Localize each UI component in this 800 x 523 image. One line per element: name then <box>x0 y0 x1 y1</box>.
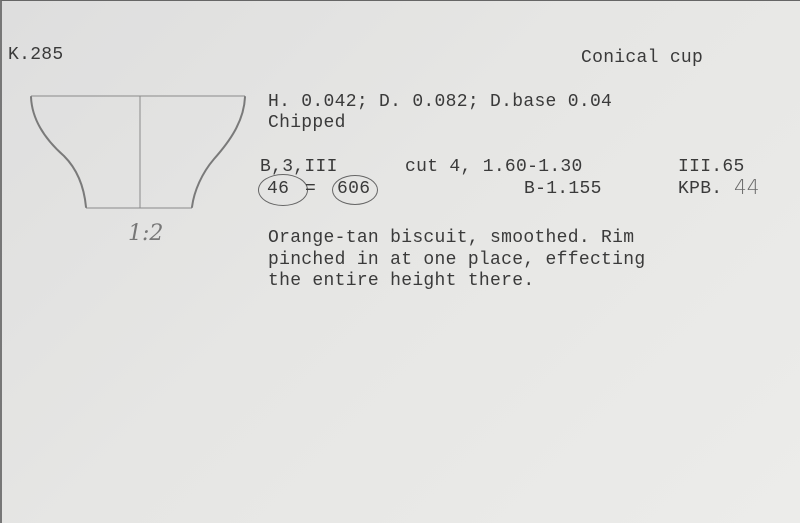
dimensions: H. 0.042; D. 0.082; D.base 0.04 <box>268 92 612 112</box>
circled-number-a: 46 <box>267 179 289 199</box>
kpb-number-handwritten: 44 <box>734 175 759 199</box>
level: B-1.155 <box>524 179 602 199</box>
catalog-number: K.285 <box>8 45 64 65</box>
reference-number: III.65 <box>678 157 745 177</box>
description-line: pinched in at one place, effecting <box>268 250 645 270</box>
condition: Chipped <box>268 113 346 133</box>
drawing-scale-label: 1:2 <box>128 221 163 246</box>
object-type: Conical cup <box>581 48 703 68</box>
description-line: the entire height there. <box>268 271 534 291</box>
kpb-prefix: KPB. <box>678 179 722 199</box>
archive-card: 1:2 K.285 Conical cup H. 0.042; D. 0.082… <box>0 0 800 523</box>
description-line: Orange-tan biscuit, smoothed. Rim <box>268 228 634 248</box>
locus: B,3,III <box>260 157 338 177</box>
cut-depth: cut 4, 1.60-1.30 <box>405 157 583 177</box>
left-wall-profile <box>31 97 86 207</box>
right-wall-profile <box>192 97 245 207</box>
equals-sign: = <box>305 179 316 199</box>
circled-number-b: 606 <box>337 179 370 199</box>
